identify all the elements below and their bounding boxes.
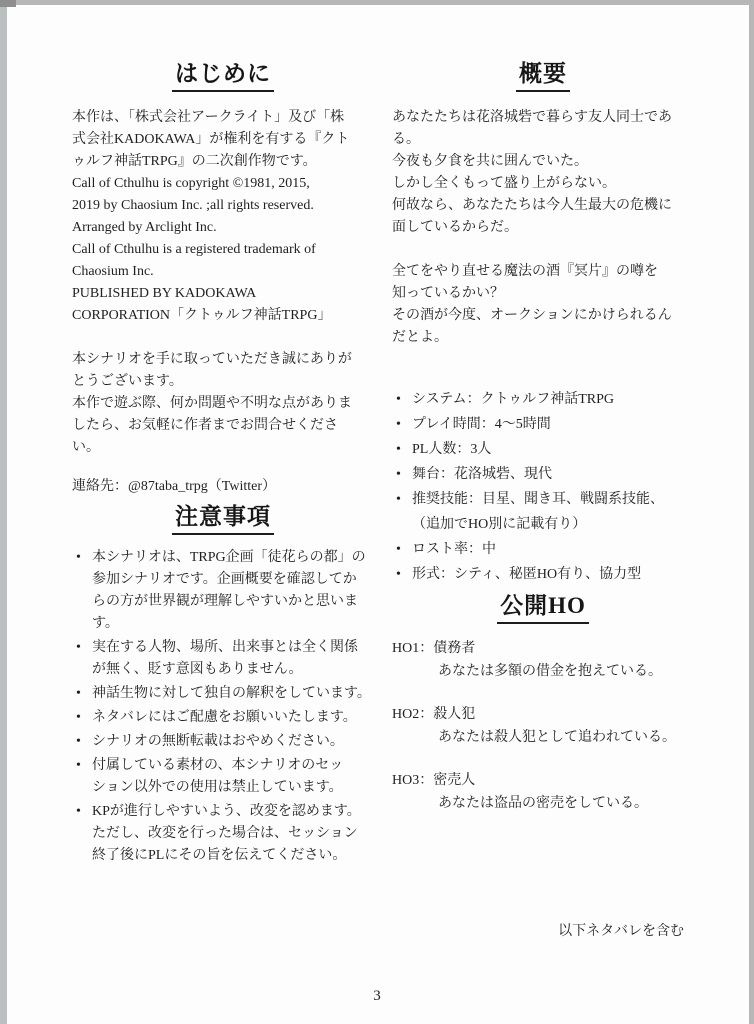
page-number: 3 <box>0 988 754 1005</box>
bullet-icon: • <box>392 487 412 537</box>
ho-description: あなたは盗品の密売をしている。 <box>392 792 694 815</box>
note-item: •本シナリオは、TRPG企画「徒花らの都」の 参加シナリオです。企画概要を確認し… <box>72 547 374 635</box>
intro-heading: はじめに <box>72 55 374 92</box>
ho-list: HO1：債務者 あなたは多額の借金を抱えている。 HO2：殺人犯 あなたは殺人犯… <box>392 637 694 815</box>
ho-label: HO1：債務者 <box>392 637 694 660</box>
note-item: •神話生物に対して独自の解釈をしています。 <box>72 683 374 705</box>
specs-list: •システム：クトゥルフ神話TRPG •プレイ時間：4〜5時間 •PL人数：3人 … <box>392 387 694 587</box>
bullet-icon: • <box>392 537 412 562</box>
document-page: はじめに 本作は、「株式会社アークライト」及び「株 式会社KADOKAWA」が権… <box>0 0 754 1024</box>
spec-item-text: 推奨技能：目星、聞き耳、戦闘系技能、 （追加でHO別に記載有り） <box>412 487 664 537</box>
spec-item-text: 形式：シティ、秘匿HO有り、協力型 <box>412 562 641 587</box>
bullet-icon: • <box>72 637 92 681</box>
page-edge-right <box>749 0 754 1024</box>
spec-item-text: 舞台：花洛城砦、現代 <box>412 462 552 487</box>
spec-item-text: プレイ時間：4〜5時間 <box>412 412 551 437</box>
note-item-text: 神話生物に対して独自の解釈をしています。 <box>92 683 371 705</box>
ho-description: あなたは殺人犯として追われている。 <box>392 726 694 749</box>
bullet-icon: • <box>72 547 92 635</box>
ho-entry: HO2：殺人犯 あなたは殺人犯として追われている。 <box>392 703 694 749</box>
spec-item-text: システム：クトゥルフ神話TRPG <box>412 387 614 412</box>
spec-item: •PL人数：3人 <box>392 437 694 462</box>
notes-list: •本シナリオは、TRPG企画「徒花らの都」の 参加シナリオです。企画概要を確認し… <box>72 547 374 867</box>
overview-paragraph-2: 全てをやり直せる魔法の酒『冥片』の噂を 知っているかい？ その酒が今度、オークシ… <box>392 261 694 349</box>
overview-heading-text: 概要 <box>516 55 570 92</box>
spec-item: •推奨技能：目星、聞き耳、戦闘系技能、 （追加でHO別に記載有り） <box>392 487 694 537</box>
ho-label: HO2：殺人犯 <box>392 703 694 726</box>
left-column: はじめに 本作は、「株式会社アークライト」及び「株 式会社KADOKAWA」が権… <box>72 55 374 869</box>
note-item: •KPが進行しやすいよう、改変を認めます。 ただし、改変を行った場合は、セッショ… <box>72 801 374 867</box>
ho-entry: HO3：密売人 あなたは盗品の密売をしている。 <box>392 769 694 815</box>
public-ho-heading-text: 公開HO <box>497 587 589 624</box>
note-item-text: 付属している素材の、本シナリオのセッ ション以外での使用は禁止しています。 <box>92 755 343 799</box>
note-item-text: 本シナリオは、TRPG企画「徒花らの都」の 参加シナリオです。企画概要を確認して… <box>92 547 366 635</box>
note-item: •付属している素材の、本シナリオのセッ ション以外での使用は禁止しています。 <box>72 755 374 799</box>
note-item-text: シナリオの無断転載はおやめください。 <box>92 731 344 753</box>
notes-heading-text: 注意事項 <box>172 498 274 535</box>
bullet-icon: • <box>392 412 412 437</box>
public-ho-heading: 公開HO <box>392 587 694 624</box>
copyright-paragraph: 本作は、「株式会社アークライト」及び「株 式会社KADOKAWA」が権利を有する… <box>72 107 374 327</box>
spec-item: •システム：クトゥルフ神話TRPG <box>392 387 694 412</box>
right-column: 概要 あなたたちは花洛城砦で暮らす友人同士であ る。 今夜も夕食を共に囲んでいた… <box>392 55 694 835</box>
page-edge-top <box>0 0 754 5</box>
page-edge-left <box>0 0 7 1024</box>
note-item-text: ネタバレにはご配慮をお願いいたします。 <box>92 707 357 729</box>
bullet-icon: • <box>392 437 412 462</box>
spec-item-text: ロスト率：中 <box>412 537 496 562</box>
bullet-icon: • <box>72 683 92 705</box>
bullet-icon: • <box>72 755 92 799</box>
ho-label: HO3：密売人 <box>392 769 694 792</box>
bullet-icon: • <box>392 387 412 412</box>
notes-heading: 注意事項 <box>72 498 374 535</box>
note-item: •シナリオの無断転載はおやめください。 <box>72 731 374 753</box>
thanks-paragraph: 本シナリオを手に取っていただき誠にありが とうございます。 本作で遊ぶ際、何か問… <box>72 349 374 459</box>
spec-item: •舞台：花洛城砦、現代 <box>392 462 694 487</box>
overview-paragraph-1: あなたたちは花洛城砦で暮らす友人同士であ る。 今夜も夕食を共に囲んでいた。 し… <box>392 107 694 239</box>
bullet-icon: • <box>392 462 412 487</box>
spec-item-text: PL人数：3人 <box>412 437 491 462</box>
overview-heading: 概要 <box>392 55 694 92</box>
bullet-icon: • <box>72 707 92 729</box>
intro-heading-text: はじめに <box>172 55 274 92</box>
ho-entry: HO1：債務者 あなたは多額の借金を抱えている。 <box>392 637 694 683</box>
bullet-icon: • <box>392 562 412 587</box>
ho-description: あなたは多額の借金を抱えている。 <box>392 660 694 683</box>
spec-item: •ロスト率：中 <box>392 537 694 562</box>
note-item: •ネタバレにはご配慮をお願いいたします。 <box>72 707 374 729</box>
page-edge-corner <box>0 0 16 7</box>
note-item-text: 実在する人物、場所、出来事とは全く関係 が無く、貶す意図もありません。 <box>92 637 358 681</box>
bullet-icon: • <box>72 731 92 753</box>
note-item-text: KPが進行しやすいよう、改変を認めます。 ただし、改変を行った場合は、セッション… <box>92 801 361 867</box>
spoiler-note: 以下ネタバレを含む <box>392 921 684 943</box>
spec-item: •形式：シティ、秘匿HO有り、協力型 <box>392 562 694 587</box>
bullet-icon: • <box>72 801 92 867</box>
note-item: •実在する人物、場所、出来事とは全く関係 が無く、貶す意図もありません。 <box>72 637 374 681</box>
contact-line: 連絡先：@87taba_trpg（Twitter） <box>72 476 374 498</box>
spec-item: •プレイ時間：4〜5時間 <box>392 412 694 437</box>
